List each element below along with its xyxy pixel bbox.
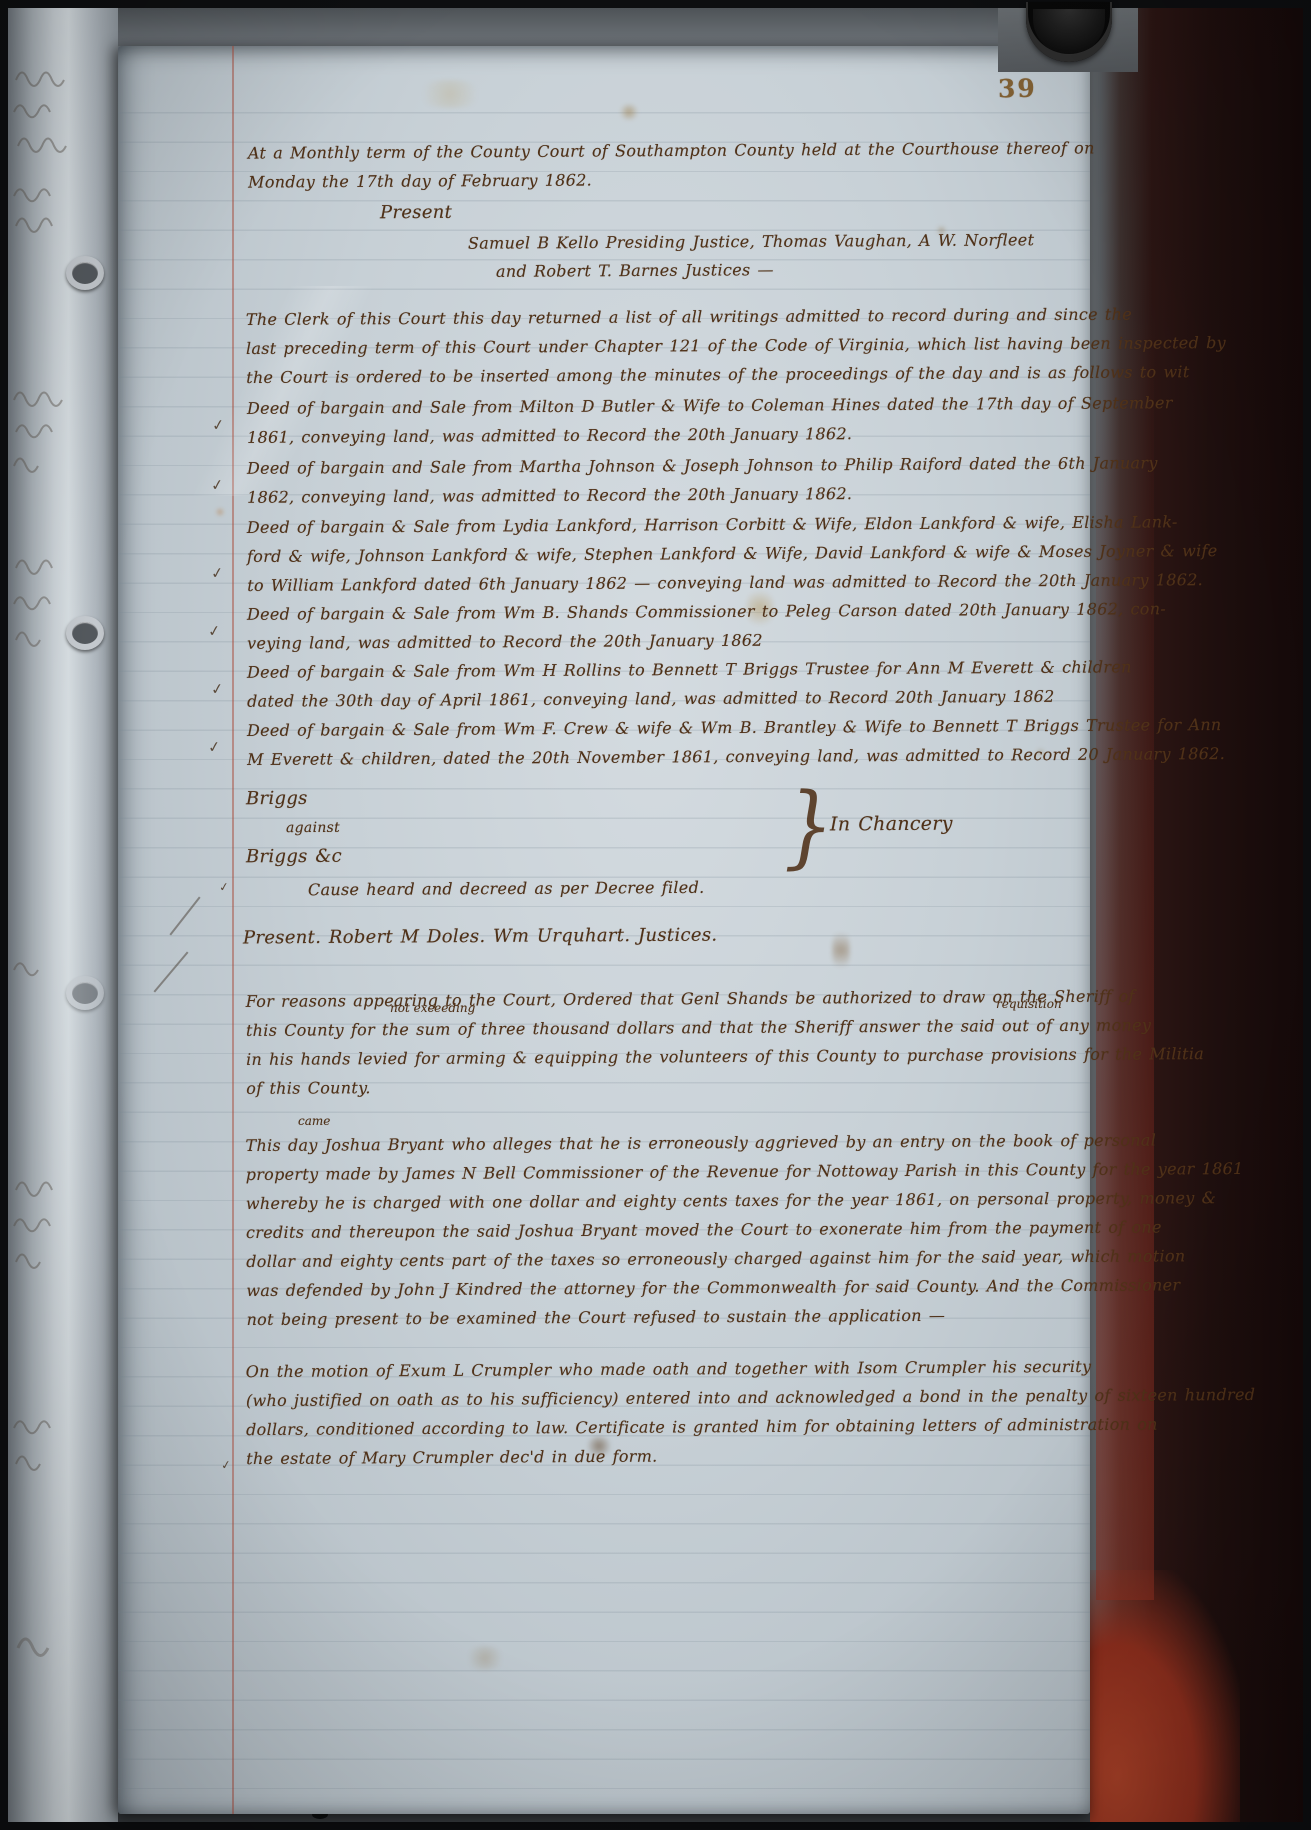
paragraph-line: of this County. <box>246 1068 1204 1103</box>
paragraph-line: in his hands levied for arming & equippi… <box>246 1039 1204 1074</box>
present-label: Present <box>380 198 452 227</box>
present-justices-line: Present. Robert M Doles. Wm Urquhart. Ju… <box>243 921 718 953</box>
paragraph-line: was defended by John J Kindred the attor… <box>246 1270 1244 1305</box>
court-term-header: At a Monthly term of the County Court of… <box>248 133 1095 196</box>
paragraph-line: not being present to be examined the Cou… <box>246 1299 1244 1334</box>
header-line: At a Monthly term of the County Court of… <box>248 133 1095 167</box>
interlineation: not exceeding <box>390 1001 475 1015</box>
paragraph-line: the estate of Mary Crumpler dec'd in due… <box>246 1438 1256 1473</box>
deed-entry: Deed of bargain and Sale from Milton D B… <box>247 388 1173 452</box>
page-number: 39 <box>998 74 1037 104</box>
deed-line: M Everett & children, dated the 20th Nov… <box>247 739 1225 774</box>
margin-checkmark: ✓ <box>220 1457 232 1472</box>
binder-ring <box>66 976 104 1010</box>
bryant-tax-paragraph: This day Joshua Bryant who alleges that … <box>245 1125 1244 1334</box>
stain <box>463 1646 507 1670</box>
margin-checkmark: ✓ <box>218 879 230 894</box>
manuscript-page: 39 At a Monthly term of the County Court… <box>118 46 1090 1814</box>
clerk-return-paragraph: The Clerk of this Court this day returne… <box>246 299 1226 392</box>
paragraph-line: the Court is ordered to be inserted amon… <box>246 357 1226 392</box>
margin-checkmark: ✓ <box>207 621 222 641</box>
binder-sleeve <box>8 8 118 1822</box>
deed-entry: Deed of bargain and Sale from Martha Joh… <box>247 448 1158 512</box>
interlineation: requisition <box>996 997 1062 1011</box>
deed-line: Deed of bargain & Sale from Wm B. Shands… <box>247 594 1166 629</box>
crumpler-administration-paragraph: On the motion of Exum L Crumpler who mad… <box>246 1351 1256 1473</box>
binder-ring <box>66 256 104 290</box>
margin-checkmark: ✓ <box>207 737 222 757</box>
photo-frame: 39 At a Monthly term of the County Court… <box>0 0 1311 1830</box>
deed-entry: Deed of bargain & Sale from Wm F. Crew &… <box>247 710 1225 774</box>
deed-entry: Deed of bargain & Sale from Lydia Lankfo… <box>247 507 1218 600</box>
deed-line: Deed of bargain and Sale from Milton D B… <box>247 388 1173 423</box>
stain <box>413 80 487 108</box>
book-cover-corner <box>1090 1570 1240 1822</box>
binder-ring <box>66 616 104 650</box>
stain <box>216 508 224 516</box>
chancery-versus: against <box>286 814 340 843</box>
chancery-plaintiff: Briggs <box>246 784 308 813</box>
paragraph-line: dollars, conditioned according to law. C… <box>246 1409 1256 1444</box>
deed-line: Deed of bargain and Sale from Martha Joh… <box>247 448 1158 483</box>
deed-entry: Deed of bargain & Sale from Wm B. Shands… <box>247 594 1166 658</box>
decree-line: Cause heard and decreed as per Decree fi… <box>308 873 705 904</box>
margin-rule <box>232 46 234 1814</box>
chancery-brace: } <box>784 782 834 872</box>
chancery-label: In Chancery <box>830 810 953 840</box>
deed-line: 1861, conveying land, was admitted to Re… <box>247 417 1173 452</box>
chancery-defendant: Briggs &c <box>246 842 342 872</box>
page-top-gap <box>118 8 1090 46</box>
margin-checkmark: ✓ <box>210 563 225 583</box>
header-line: Monday the 17th day of February 1862. <box>248 162 1095 196</box>
deed-line: 1862, conveying land, was admitted to Re… <box>247 477 1158 512</box>
interlineation: came <box>298 1114 330 1128</box>
stain <box>832 926 850 974</box>
justices-line: Samuel B Kello Presiding Justice, Thomas… <box>468 225 1034 257</box>
margin-checkmark: ✓ <box>211 415 226 435</box>
justices-line: and Robert T. Barnes Justices — <box>496 255 774 286</box>
margin-checkmark: ✓ <box>210 475 225 495</box>
deed-entry: Deed of bargain & Sale from Wm H Rollins… <box>247 652 1132 715</box>
margin-checkmark: ✓ <box>210 679 225 699</box>
stain <box>618 104 640 120</box>
